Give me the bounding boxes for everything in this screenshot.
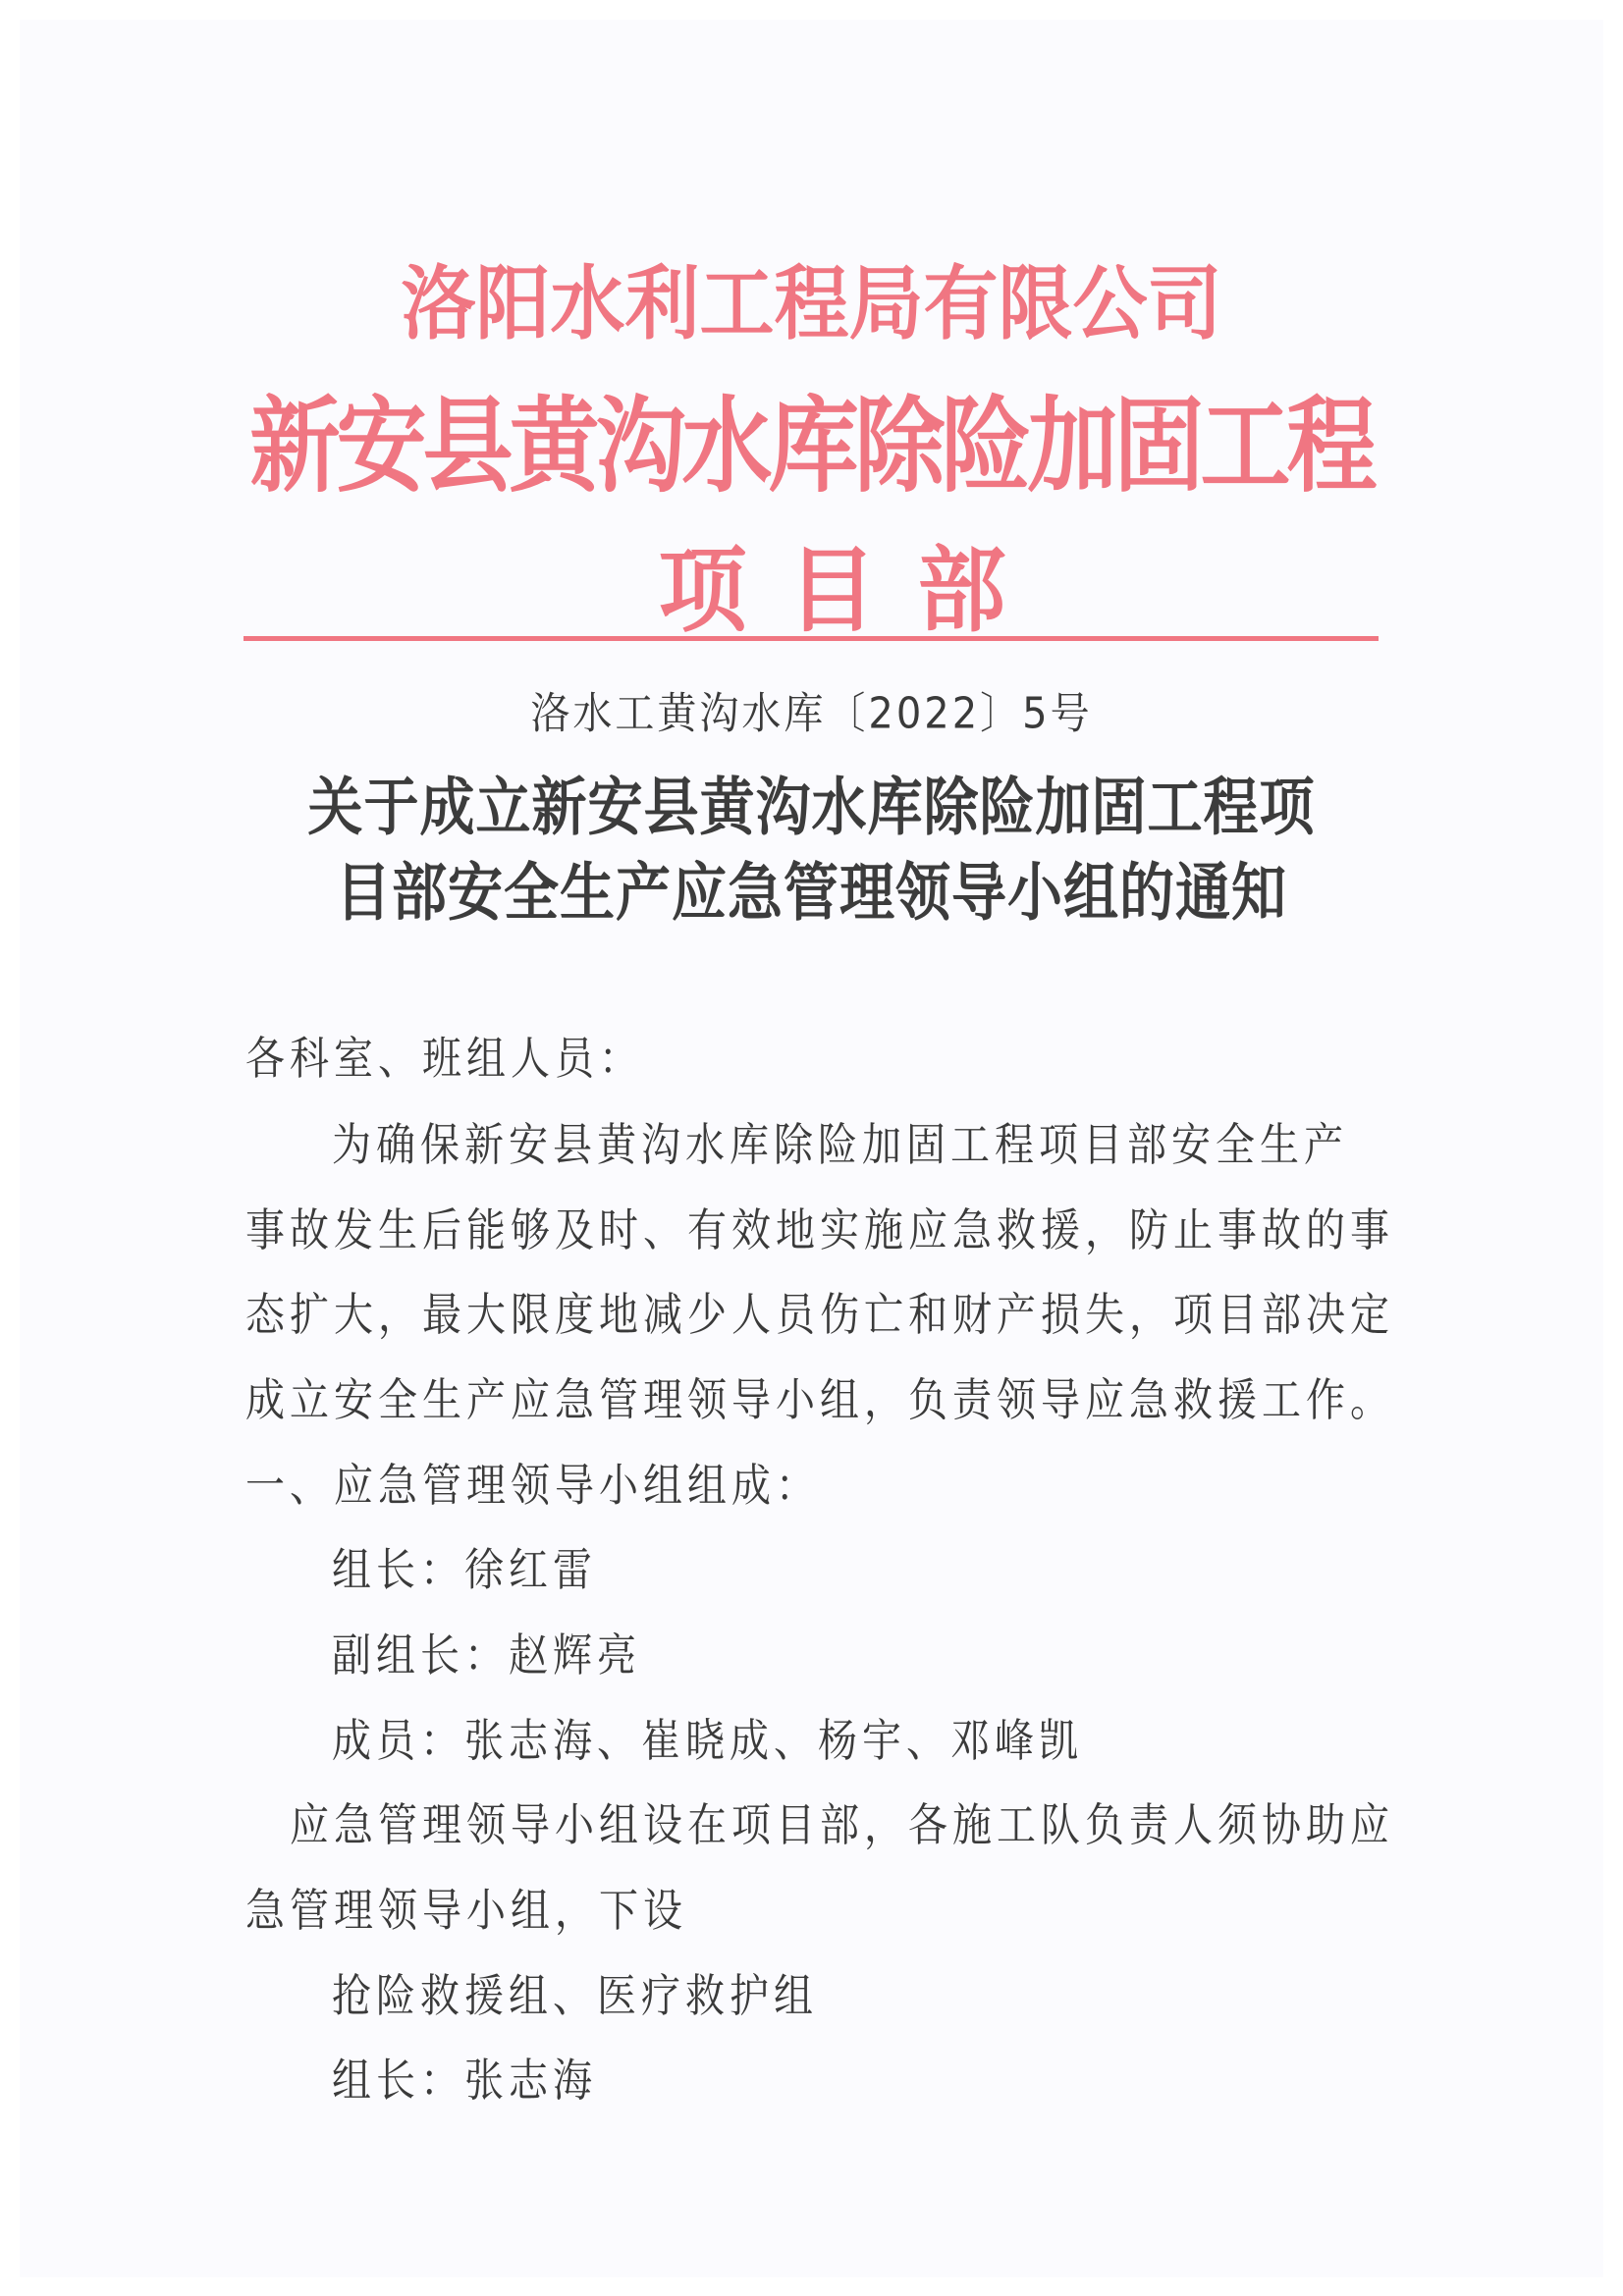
subgroups: 抢险救援组、医疗救护组 — [332, 1960, 818, 2025]
document-number: 洛水工黄沟水库〔2022〕5号 — [0, 679, 1623, 741]
deputy-group-leader: 副组长：赵辉亮 — [332, 1620, 641, 1684]
letterhead-divider — [243, 636, 1379, 641]
intro-line-3: 态扩大，最大限度地减少人员伤亡和财产损失，项目部决定 — [245, 1279, 1394, 1344]
setup-line-2: 急管理领导小组，下设 — [245, 1875, 687, 1940]
setup-line-1: 应急管理领导小组设在项目部，各施工队负责人须协助应 — [290, 1789, 1394, 1854]
group-members: 成员：张志海、崔晓成、杨宇、邓峰凯 — [332, 1705, 1083, 1770]
letterhead-project-name: 新安县黄沟水库除险加固工程 — [0, 363, 1623, 512]
subgroup-leader: 组长：张志海 — [332, 2045, 597, 2109]
intro-line-2: 事故发生后能够及时、有效地实施应急救援，防止事故的事 — [245, 1195, 1394, 1259]
salutation: 各科室、班组人员： — [245, 1023, 643, 1088]
intro-line-1: 为确保新安县黄沟水库除险加固工程项目部安全生产 — [332, 1109, 1348, 1174]
letterhead-dept-name: 项目部 — [0, 515, 1623, 650]
intro-line-4: 成立安全生产应急管理领导小组，负责领导应急救援工作。 — [245, 1364, 1394, 1429]
section-1-heading: 一、应急管理领导小组组成： — [245, 1450, 820, 1515]
document-title-line-2: 目部安全生产应急管理领导小组的通知 — [0, 843, 1623, 934]
letterhead-org-name: 洛阳水利工程局有限公司 — [0, 240, 1623, 355]
group-leader: 组长：徐红雷 — [332, 1534, 597, 1599]
document-title-line-1: 关于成立新安县黄沟水库除险加固工程项 — [0, 758, 1623, 848]
